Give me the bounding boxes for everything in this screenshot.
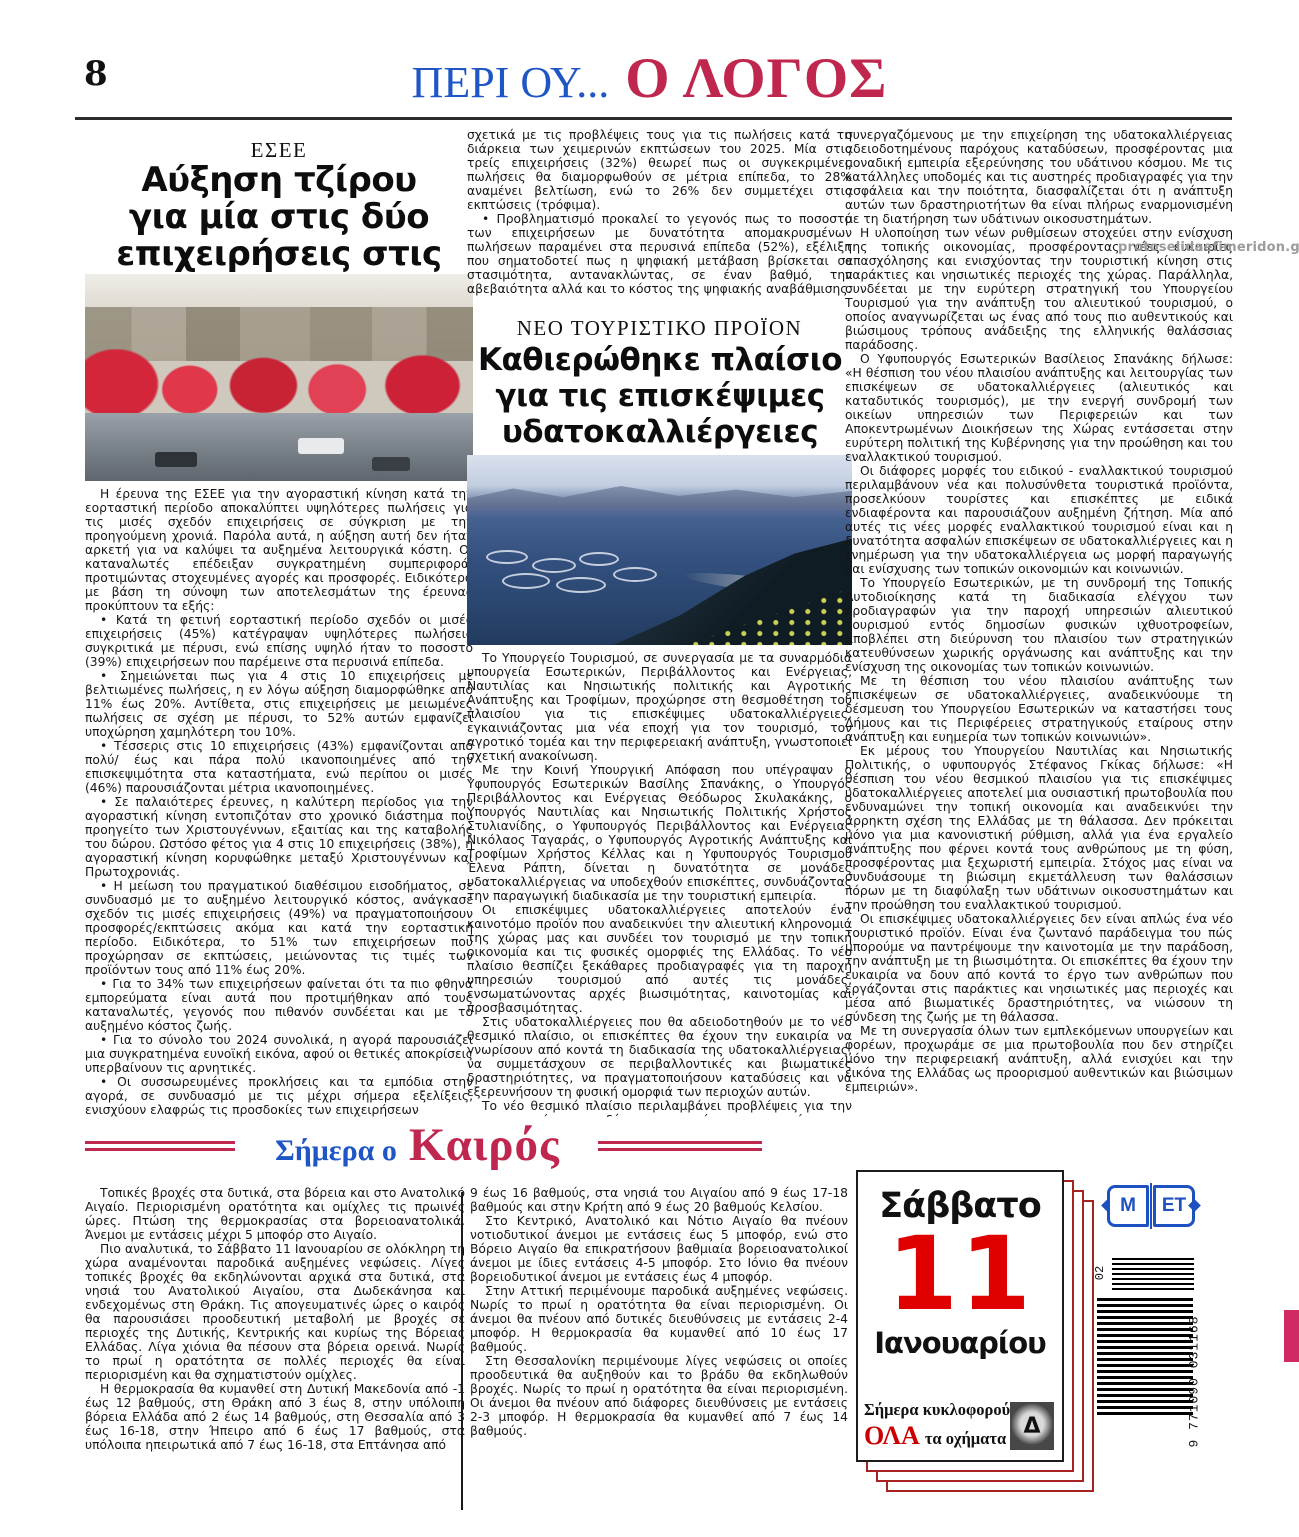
paragraph: • Σε παλαιότερες έρευνες, η καλύτερη περ…	[85, 795, 473, 879]
calendar-circulation-note: Σήμερα κυκλοφορούν ΟΛΑ τα οχήματα Δ	[864, 1400, 1056, 1454]
paragraph: • Η μείωση του πραγματικού διαθέσιμου ει…	[85, 879, 473, 977]
circulation-rest: τα οχήματα	[925, 1429, 1006, 1448]
paragraph: • Προβληματισμό προκαλεί το γεγονός πως …	[467, 212, 852, 296]
weather-rule-right	[598, 1141, 762, 1151]
paragraph: Η έρευνα της ΕΣΕΕ για την αγοραστική κίν…	[85, 487, 473, 613]
car-shape	[155, 452, 197, 467]
watermark: protoselidaefimeridon.gr	[1118, 240, 1299, 255]
headline-line: υδατοκαλλιέργειες	[455, 414, 865, 450]
newspaper-page: 8 ΠΕΡΙ ΟΥ... Ο ΛΟΓΟΣ protoselidaefimerid…	[0, 0, 1299, 1537]
headline-line: για τις επισκέψιμες	[455, 378, 865, 414]
paragraph: • Για το 34% των επιχειρήσεων φαίνεται ό…	[85, 977, 473, 1033]
fish-pen-ring	[556, 577, 606, 593]
headline-line: για μία στις δύο	[70, 199, 488, 236]
paragraph: Στο Κεντρικό, Ανατολικό και Νότιο Αιγαίο…	[470, 1214, 848, 1284]
fish-pen-ring	[579, 552, 619, 566]
article1-body-col1: Η έρευνα της ΕΣΕΕ για την αγοραστική κίν…	[85, 487, 473, 1119]
weather-col1: Τοπικές βροχές στα δυτικά, στα βόρεια κα…	[85, 1186, 465, 1516]
barcode-main-stripes	[1097, 1298, 1193, 1416]
weather-title-small: Σήμερα ο	[275, 1134, 397, 1168]
car-shape	[372, 457, 410, 471]
article2-body-col3: συνεργαζόμενους με την επιχείρηση της υδ…	[845, 128, 1233, 1118]
mountains-silhouette	[467, 484, 852, 509]
circulation-strong: ΟΛΑ	[864, 1421, 920, 1450]
paragraph: Οι επισκέψιμες υδατοκαλλιέργειες αποτελο…	[467, 903, 852, 1015]
paragraph: Τοπικές βροχές στα δυτικά, στα βόρεια κα…	[85, 1186, 465, 1242]
headline-line: Καθιερώθηκε πλαίσιο	[455, 342, 865, 378]
calendar-card: Σάββατο 11 Ιανουαρίου Σήμερα κυκλοφορούν…	[856, 1170, 1092, 1490]
paragraph: Το νέο θεσμικό πλαίσιο περιλαμβάνει προβ…	[467, 1099, 852, 1117]
paragraph: 9 έως 16 βαθμούς, στα νησιά του Αιγαίου …	[470, 1186, 848, 1214]
weather-title-big: Καιρός	[409, 1118, 560, 1172]
met-logo: M ET	[1103, 1181, 1199, 1235]
calendar-date: 11	[858, 1228, 1062, 1322]
paragraph: Με την Κοινή Υπουργική Απόφαση που υπέγρ…	[467, 763, 852, 903]
paragraph: • Οι συσσωρευμένες προκλήσεις και τα εμπ…	[85, 1075, 473, 1117]
paragraph: Εκ μέρους του Υπουργείου Ναυτιλίας και Ν…	[845, 744, 1233, 912]
weather-rule-left	[85, 1141, 235, 1151]
masthead-kicker: ΠΕΡΙ ΟΥ...	[412, 57, 610, 108]
paragraph: • Τέσσερις στις 10 επιχειρήσεις (43%) εμ…	[85, 739, 473, 795]
barcode-number: 9 771090 031168	[1187, 1294, 1202, 1470]
paragraph: Πιο αναλυτικά, το Σάββατο 11 Ιανουαρίου …	[85, 1242, 465, 1382]
paragraph: • Κατά τη φετινή εορταστική περίοδο σχεδ…	[85, 613, 473, 669]
barcode-issue-code: 02	[1093, 1253, 1107, 1293]
traffic-ring-delta-icon: Δ	[1010, 1402, 1054, 1450]
article1-body-col2: σχετικά με τις προβλέψεις τους για τις π…	[467, 128, 852, 308]
article1-photo	[85, 274, 473, 481]
header-rule	[75, 117, 1232, 120]
paragraph: Στη Θεσσαλονίκη περιμένουμε λίγες νεφώσε…	[470, 1354, 848, 1438]
fish-pen-ring	[613, 567, 657, 582]
paragraph: Με τη συνεργασία όλων των εμπλεκόμενων υ…	[845, 1024, 1233, 1094]
paragraph: Η θερμοκρασία θα κυμανθεί στη Δυτική Μακ…	[85, 1382, 465, 1452]
article2-photo	[467, 455, 852, 645]
paragraph: • Σημειώνεται πως για 4 στις 10 επιχειρή…	[85, 669, 473, 739]
paragraph: Στις υδατοκαλλιέργειες που θα αδειοδοτηθ…	[467, 1015, 852, 1099]
street-surface	[85, 413, 473, 481]
paragraph: Στην Αττική περιμένουμε παροδικά αυξημέν…	[470, 1284, 848, 1354]
paragraph: Οι διάφορες μορφές του ειδικού - εναλλακ…	[845, 464, 1233, 576]
barcode-top-stripes	[1112, 1258, 1194, 1292]
weather-title: Σήμερα ο Καιρός	[245, 1118, 590, 1172]
page-edge-pink-tab	[1284, 1310, 1299, 1362]
article2-kicker: ΝΕΟ ΤΟΥΡΙΣΤΙΚΟ ΠΡΟΪΟΝ	[467, 316, 852, 341]
fish-pen-ring	[532, 558, 576, 573]
article2-headline: Καθιερώθηκε πλαίσιο για τις επισκέψιμες …	[455, 342, 865, 450]
paragraph: Το Υπουργείο Τουρισμού, σε συνεργασία με…	[467, 651, 852, 763]
paragraph: Οι επισκέψιμες υδατοκαλλιέργειες δεν είν…	[845, 912, 1233, 1024]
logo-left-page: M	[1107, 1185, 1149, 1227]
red-lit-trees	[85, 349, 473, 419]
car-shape	[298, 438, 344, 454]
weather-col2: 9 έως 16 βαθμούς, στα νησιά του Αιγαίου …	[470, 1186, 848, 1516]
masthead-title: Ο ΛΟΓΟΣ	[625, 46, 887, 111]
paragraph: Το Υπουργείο Εσωτερικών, με τη συνδρομή …	[845, 576, 1233, 674]
fish-pen-ring	[502, 573, 550, 589]
paragraph: • Για το σύνολο του 2024 συνολικά, η αγο…	[85, 1033, 473, 1075]
paragraph: συνεργαζόμενους με την επιχείρηση της υδ…	[845, 128, 1233, 226]
calendar-front-sheet: Σάββατο 11 Ιανουαρίου Σήμερα κυκλοφορούν…	[856, 1170, 1064, 1462]
paragraph: Ο Υφυπουργός Εσωτερικών Βασίλειος Σπανάκ…	[845, 352, 1233, 464]
masthead: ΠΕΡΙ ΟΥ... Ο ΛΟΓΟΣ	[0, 46, 1299, 111]
headline-line: Αύξηση τζίρου	[70, 162, 488, 199]
logo-book-spine	[1150, 1183, 1152, 1229]
paragraph: Με τη θέσπιση του νέου πλαισίου ανάπτυξη…	[845, 674, 1233, 744]
paragraph: σχετικά με τις προβλέψεις τους για τις π…	[467, 128, 852, 212]
calendar-month: Ιανουαρίου	[858, 1326, 1062, 1360]
fish-pen-ring	[486, 550, 528, 564]
article2-body-col2: Το Υπουργείο Τουρισμού, σε συνεργασία με…	[467, 651, 852, 1117]
